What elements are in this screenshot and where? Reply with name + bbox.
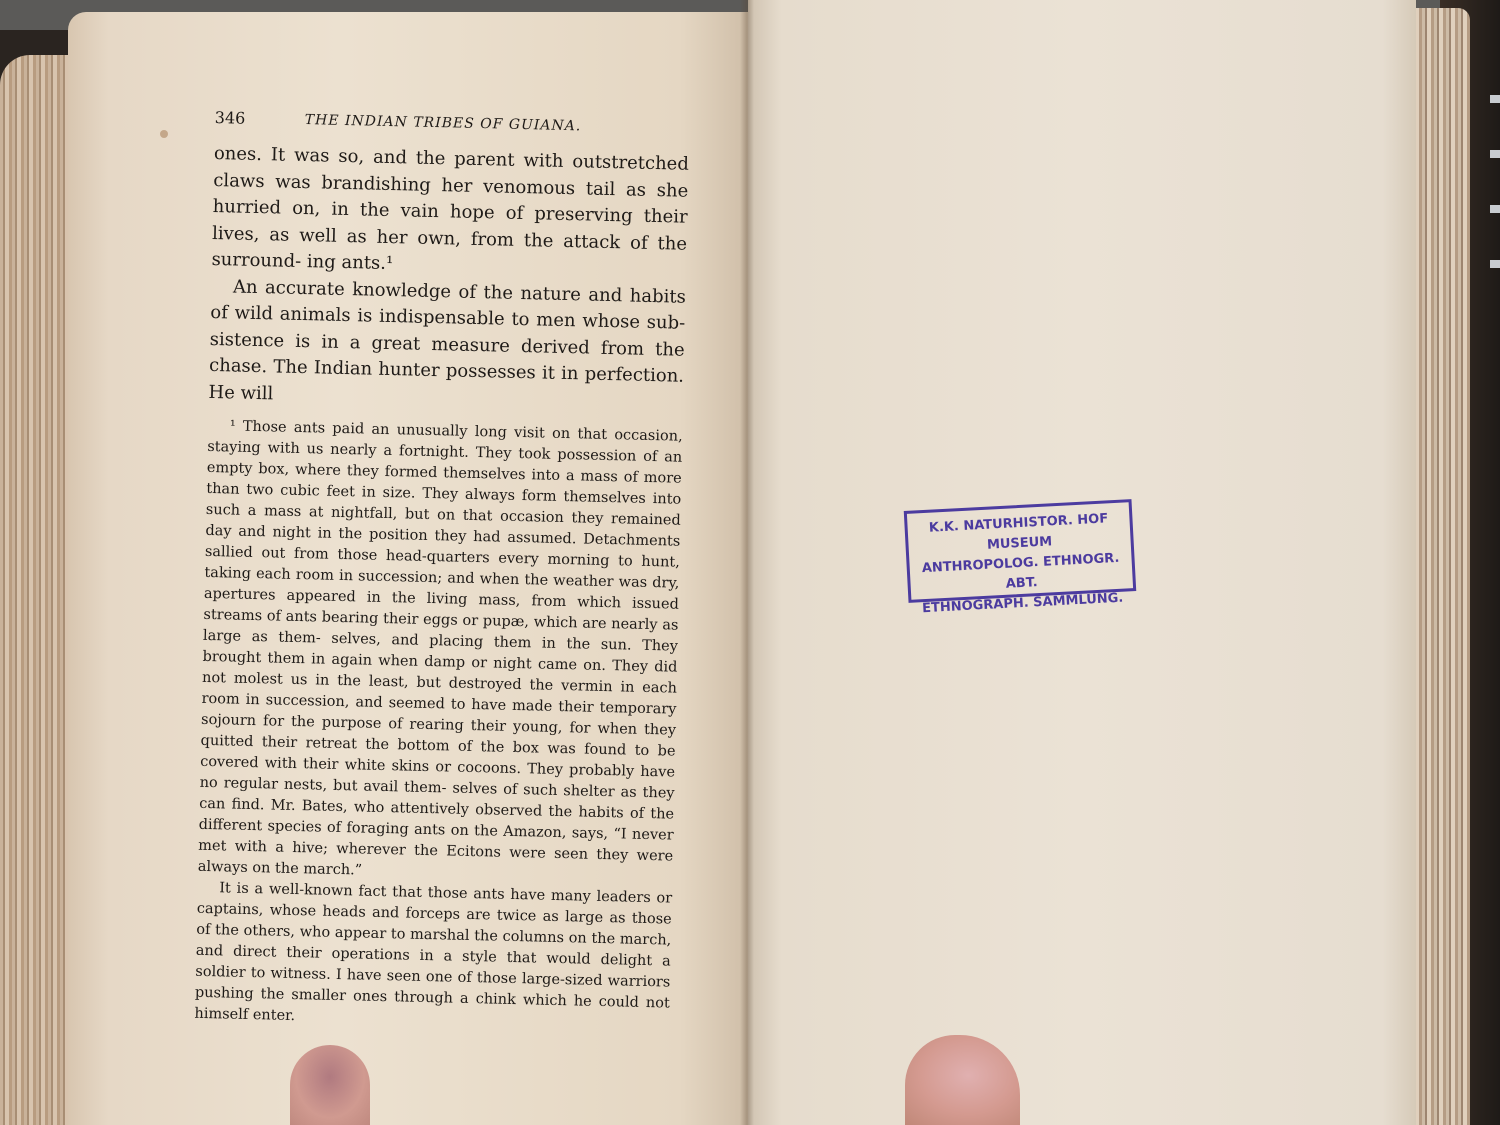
book-gutter xyxy=(740,0,754,1125)
body-paragraph: An accurate knowledge of the nature and … xyxy=(208,273,686,416)
shelf-label xyxy=(1490,95,1500,103)
right-page-edges xyxy=(1410,8,1470,1125)
shelf-label xyxy=(1490,205,1500,213)
paper-stain xyxy=(160,130,168,138)
shelf-label xyxy=(1490,260,1500,268)
footnote-paragraph: It is a well-known fact that those ants … xyxy=(194,878,672,1036)
footnote-paragraph: ¹ Those ants paid an unusually long visi… xyxy=(198,416,683,889)
museum-stamp: K.K. NATURHISTOR. HOF MUSEUM ANTHROPOLOG… xyxy=(904,499,1137,603)
left-page-text: 346 THE INDIAN TRIBES OF GUIANA. ones. I… xyxy=(194,108,690,1036)
body-paragraph: ones. It was so, and the parent with out… xyxy=(211,141,689,284)
left-thumb xyxy=(290,1045,370,1125)
page-number: 346 xyxy=(215,108,305,129)
shelf-label xyxy=(1490,150,1500,158)
